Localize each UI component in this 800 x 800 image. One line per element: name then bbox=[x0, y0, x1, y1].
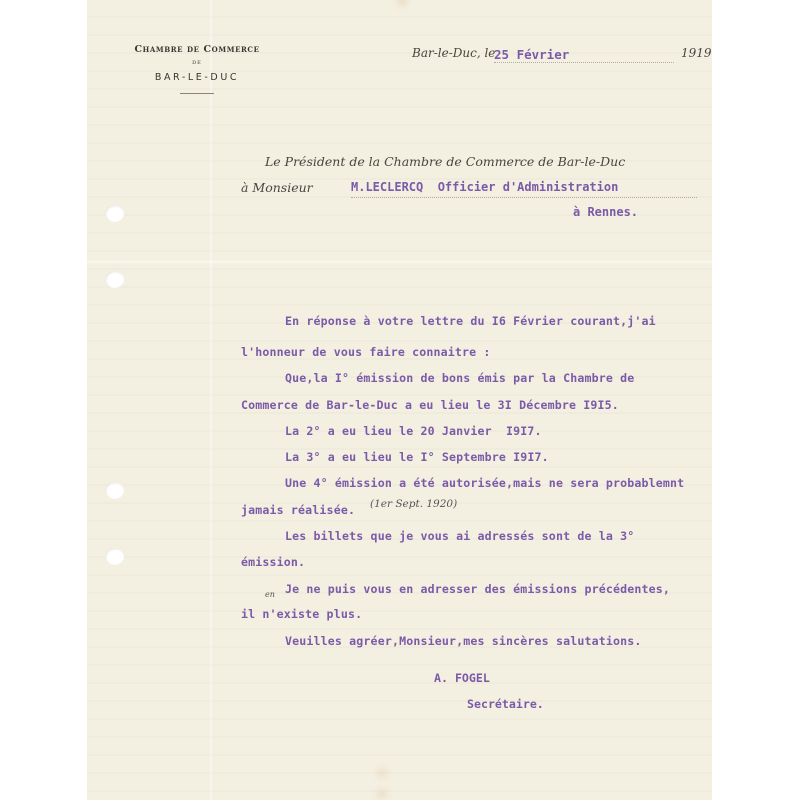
recipient-city: à Rennes. bbox=[573, 205, 638, 219]
sender-line: Le Président de la Chambre de Commerce d… bbox=[265, 154, 625, 169]
body-line: La 3° a eu lieu le I° Septembre I9I7. bbox=[285, 450, 549, 464]
body-line: En réponse à votre lettre du I6 Février … bbox=[285, 314, 656, 328]
dateline-day-month: 25 Février bbox=[494, 47, 569, 62]
paper-stain bbox=[377, 768, 387, 778]
body-line: l'honneur de vous faire connaitre : bbox=[241, 345, 491, 359]
punch-hole bbox=[105, 205, 124, 222]
letterhead-city: BAR-LE-DUC bbox=[112, 72, 282, 83]
paper-stain bbox=[397, 0, 407, 6]
body-line: jamais réalisée. bbox=[241, 503, 355, 517]
handwritten-annotation: (1er Sept. 1920) bbox=[370, 498, 457, 510]
paper-stain bbox=[377, 790, 387, 798]
body-line: La 2° a eu lieu le 20 Janvier I9I7. bbox=[285, 424, 542, 438]
letterhead-connector: DE bbox=[112, 60, 282, 66]
body-line: Les billets que je vous ai adressés sont… bbox=[285, 529, 634, 543]
dateline-year: 1919 bbox=[681, 46, 712, 60]
body-line: Je ne puis vous en adresser des émission… bbox=[285, 582, 670, 596]
recipient-rule bbox=[351, 197, 697, 198]
recipient-prefix: à Monsieur bbox=[241, 180, 313, 195]
dateline-place: Bar-le-Duc, le bbox=[412, 46, 495, 60]
dateline-rule bbox=[494, 62, 674, 63]
body-line: Que,la I° émission de bons émis par la C… bbox=[285, 371, 634, 385]
signature-title: Secrétaire. bbox=[467, 697, 544, 711]
body-line: il n'existe plus. bbox=[241, 607, 362, 621]
signature-name: A. FOGEL bbox=[434, 671, 490, 685]
body-line: Veuilles agréer,Monsieur,mes sincères sa… bbox=[285, 634, 642, 648]
punch-hole bbox=[105, 548, 124, 565]
letterhead-title: Chambre de Commerce bbox=[112, 44, 282, 55]
letterhead-rule bbox=[180, 93, 214, 94]
recipient-name: M.LECLERCQ Officier d'Administration bbox=[351, 180, 618, 194]
body-line: Commerce de Bar-le-Duc a eu lieu le 3I D… bbox=[241, 398, 619, 412]
punch-hole bbox=[105, 271, 124, 288]
body-line: Une 4° émission a été autorisée,mais ne … bbox=[285, 476, 684, 490]
body-line: émission. bbox=[241, 555, 305, 569]
handwritten-insertion: en bbox=[265, 590, 275, 599]
punch-hole bbox=[105, 482, 124, 499]
letterhead: Chambre de Commerce DE BAR-LE-DUC bbox=[112, 44, 282, 94]
